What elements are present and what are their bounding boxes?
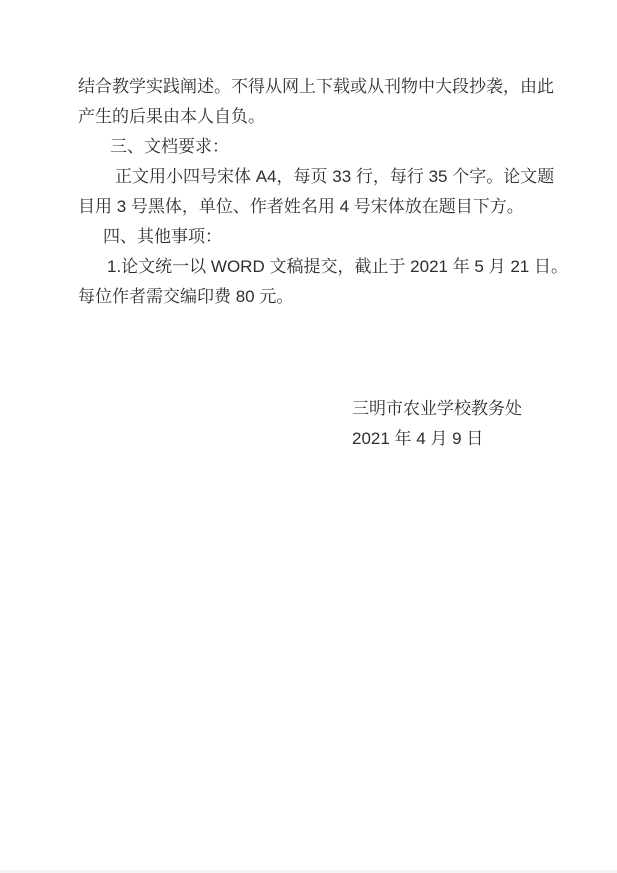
text-line: 每位作者需交编印费 80 元。 (78, 282, 578, 312)
text-line: 结合教学实践阐述。不得从网上下载或从刊物中大段抄袭，由此 (78, 72, 578, 102)
text-line: 正文用小四号宋体 A4，每页 33 行，每行 35 个字。论文题 (78, 162, 578, 192)
signature-org: 三明市农业学校教务处 (352, 394, 522, 424)
text-line: 目用 3 号黑体，单位、作者姓名用 4 号宋体放在题目下方。 (78, 192, 578, 222)
text-line: 产生的后果由本人自负。 (78, 102, 578, 132)
text-line: 1.论文统一以 WORD 文稿提交，截止于 2021 年 5 月 21 日。 (78, 252, 578, 282)
signature-block: 三明市农业学校教务处 2021 年 4 月 9 日 (352, 394, 522, 454)
text-line: 四、其他事项： (78, 222, 578, 252)
document-page: 结合教学实践阐述。不得从网上下载或从刊物中大段抄袭，由此产生的后果由本人自负。三… (0, 0, 617, 873)
document-body: 结合教学实践阐述。不得从网上下载或从刊物中大段抄袭，由此产生的后果由本人自负。三… (78, 72, 578, 312)
signature-date: 2021 年 4 月 9 日 (352, 424, 522, 454)
text-line: 三、文档要求： (78, 132, 578, 162)
